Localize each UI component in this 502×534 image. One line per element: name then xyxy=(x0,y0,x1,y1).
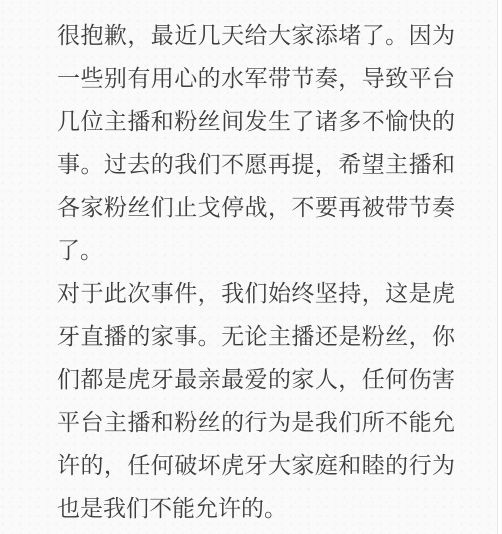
statement-screenshot: 很抱歉，最近几天给大家添堵了。因为一些别有用心的水军带节奏，导致平台几位主播和粉… xyxy=(0,0,502,534)
statement-text-block: 很抱歉，最近几天给大家添堵了。因为一些别有用心的水军带节奏，导致平台几位主播和粉… xyxy=(57,14,455,530)
right-edge-strip xyxy=(498,0,502,534)
statement-paragraph-1: 很抱歉，最近几天给大家添堵了。因为一些别有用心的水军带节奏，导致平台几位主播和粉… xyxy=(57,14,455,272)
statement-paragraph-2: 对于此次事件，我们始终坚持，这是虎牙直播的家事。无论主播还是粉丝，你们都是虎牙最… xyxy=(57,272,455,530)
